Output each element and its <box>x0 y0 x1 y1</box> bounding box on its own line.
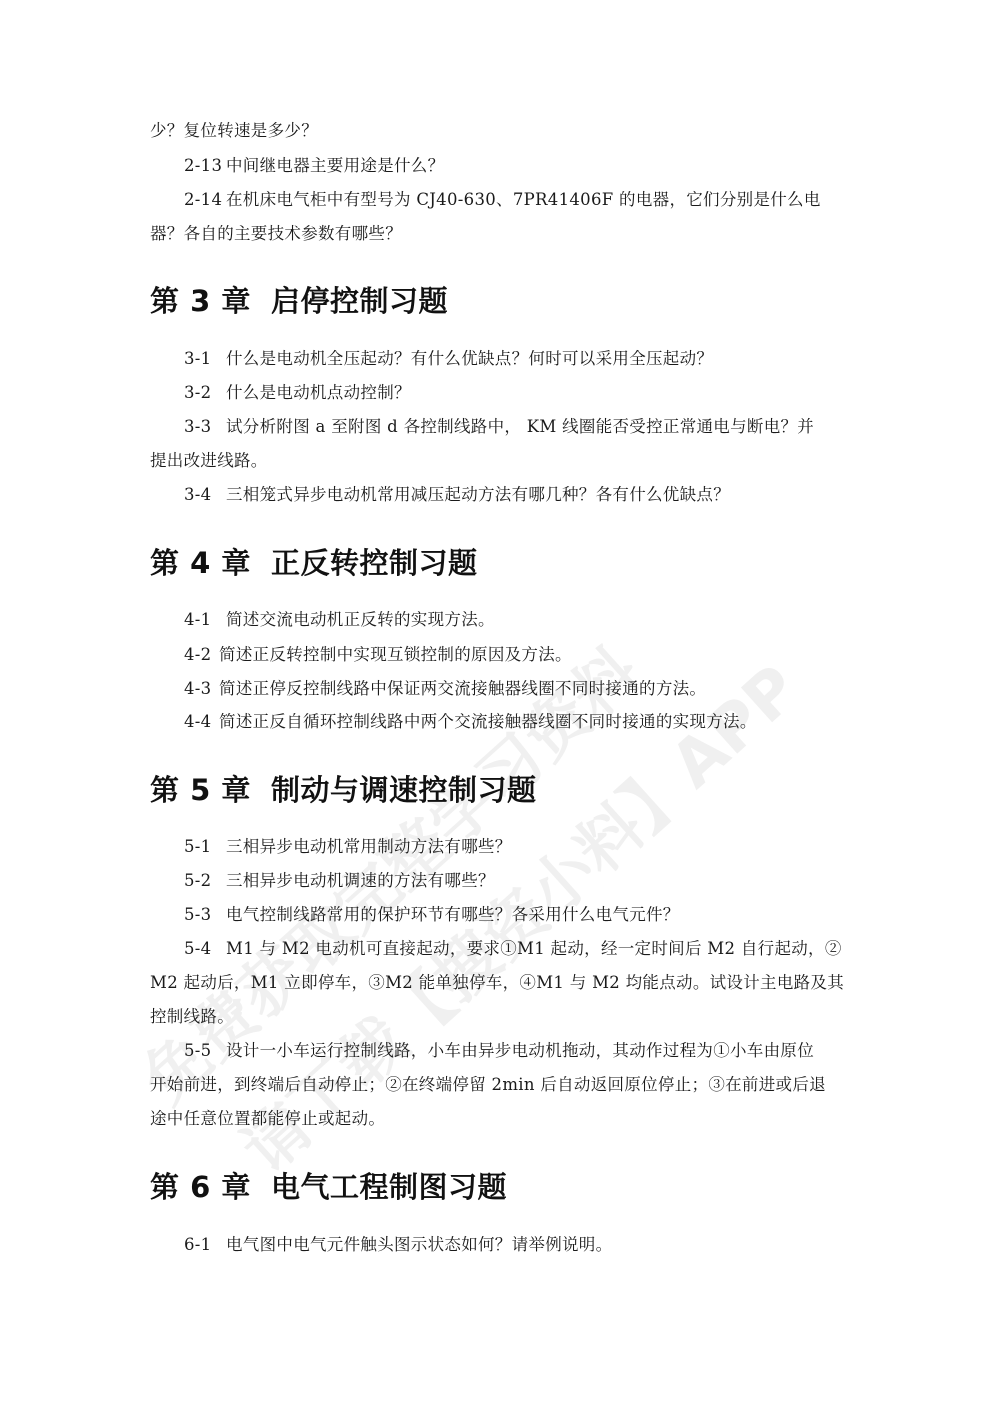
question-text: 试分析附图 a 至附图 d 各控制线路中， KM 线圈能否受控正常通电与断电？并 <box>226 417 814 436</box>
question-number: 4-2 <box>184 644 211 666</box>
question-text: 设计一小车运行控制线路，小车由异步电动机拖动，其动作过程为①小车由原位 <box>226 1041 814 1060</box>
question-text: 在机床电气柜中有型号为 CJ40-630、7PR41406F 的电器，它们分别是… <box>226 190 821 209</box>
question-text: 电气控制线路常用的保护环节有哪些？各采用什么电气元件？ <box>226 905 680 924</box>
question-4-3: 4-3 简述正停反控制线路中保证两交流接触器线圈不同时接通的方法。 <box>184 678 706 700</box>
question-number: 3-1 <box>184 348 226 370</box>
question-text: 什么是电动机全压起动？有什么优缺点？何时可以采用全压起动？ <box>226 349 713 368</box>
chapter-label: 第 3 章 <box>150 283 271 319</box>
question-number: 3-4 <box>184 484 226 506</box>
question-5-4-cont: M2 起动后，M1 立即停车，③M2 能单独停车，④M1 与 M2 均能点动。试… <box>150 972 844 994</box>
question-4-1: 4-1简述交流电动机正反转的实现方法。 <box>184 609 495 631</box>
question-5-5-cont2: 途中任意位置都能停止或起动。 <box>150 1108 385 1130</box>
continuation-text: 少？复位转速是多少？ <box>150 120 318 142</box>
chapter-label: 第 5 章 <box>150 772 271 808</box>
question-4-4: 4-4 简述正反自循环控制线路中两个交流接触器线圈不同时接通的实现方法。 <box>184 711 757 733</box>
question-text: 三相异步电动机调速的方法有哪些？ <box>226 871 495 890</box>
question-3-3-cont: 提出改进线路。 <box>150 450 268 472</box>
question-text: 简述交流电动机正反转的实现方法。 <box>226 610 495 629</box>
question-text: 三相笼式异步电动机常用减压起动方法有哪几种？各有什么优缺点？ <box>226 485 730 504</box>
question-2-14: 2-14在机床电气柜中有型号为 CJ40-630、7PR41406F 的电器，它… <box>184 189 821 211</box>
chapter-4-heading: 第 4 章正反转控制习题 <box>150 545 478 581</box>
chapter-title: 制动与调速控制习题 <box>271 773 537 807</box>
chapter-label: 第 4 章 <box>150 545 271 581</box>
chapter-6-heading: 第 6 章电气工程制图习题 <box>150 1169 507 1205</box>
question-number: 5-1 <box>184 836 226 858</box>
chapter-label: 第 6 章 <box>150 1169 271 1205</box>
question-number: 2-14 <box>184 189 226 211</box>
question-3-2: 3-2什么是电动机点动控制？ <box>184 382 411 404</box>
chapter-3-heading: 第 3 章启停控制习题 <box>150 283 448 319</box>
question-number: 4-1 <box>184 609 226 631</box>
question-number: 5-4 <box>184 938 226 960</box>
question-number: 4-3 <box>184 678 211 700</box>
question-5-3: 5-3电气控制线路常用的保护环节有哪些？各采用什么电气元件？ <box>184 904 680 926</box>
question-6-1: 6-1电气图中电气元件触头图示状态如何？请举例说明。 <box>184 1234 612 1256</box>
question-5-2: 5-2三相异步电动机调速的方法有哪些？ <box>184 870 495 892</box>
question-text: M1 与 M2 电动机可直接起动，要求①M1 起动，经一定时间后 M2 自行起动… <box>226 939 842 958</box>
question-text: 简述正反自循环控制线路中两个交流接触器线圈不同时接通的实现方法。 <box>219 712 757 731</box>
chapter-5-heading: 第 5 章制动与调速控制习题 <box>150 772 537 808</box>
question-text: 三相异步电动机常用制动方法有哪些？ <box>226 837 512 856</box>
question-2-14-cont: 器？各自的主要技术参数有哪些？ <box>150 223 402 245</box>
question-3-3: 3-3试分析附图 a 至附图 d 各控制线路中， KM 线圈能否受控正常通电与断… <box>184 416 814 438</box>
question-4-2: 4-2 简述正反转控制中实现互锁控制的原因及方法。 <box>184 644 572 666</box>
question-3-4: 3-4三相笼式异步电动机常用减压起动方法有哪几种？各有什么优缺点？ <box>184 484 730 506</box>
question-3-1: 3-1什么是电动机全压起动？有什么优缺点？何时可以采用全压起动？ <box>184 348 713 370</box>
question-text: 简述正停反控制线路中保证两交流接触器线圈不同时接通的方法。 <box>219 679 706 698</box>
question-text: 电气图中电气元件触头图示状态如何？请举例说明。 <box>226 1235 612 1254</box>
chapter-title: 电气工程制图习题 <box>271 1170 507 1204</box>
chapter-title: 正反转控制习题 <box>271 546 478 580</box>
question-number: 5-2 <box>184 870 226 892</box>
question-number: 4-4 <box>184 711 211 733</box>
question-5-5-cont: 开始前进，到终端后自动停止；②在终端停留 2min 后自动返回原位停止；③在前进… <box>150 1074 826 1096</box>
question-number: 6-1 <box>184 1234 226 1256</box>
question-text: 中间继电器主要用途是什么？ <box>226 156 444 175</box>
question-number: 3-2 <box>184 382 226 404</box>
question-text: 简述正反转控制中实现互锁控制的原因及方法。 <box>219 645 572 664</box>
question-5-5: 5-5设计一小车运行控制线路，小车由异步电动机拖动，其动作过程为①小车由原位 <box>184 1040 814 1062</box>
chapter-title: 启停控制习题 <box>271 284 448 318</box>
question-5-1: 5-1三相异步电动机常用制动方法有哪些？ <box>184 836 512 858</box>
question-number: 3-3 <box>184 416 226 438</box>
question-2-13: 2-13中间继电器主要用途是什么？ <box>184 155 444 177</box>
question-5-4: 5-4M1 与 M2 电动机可直接起动，要求①M1 起动，经一定时间后 M2 自… <box>184 938 842 960</box>
question-5-4-cont2: 控制线路。 <box>150 1006 234 1028</box>
question-number: 2-13 <box>184 155 226 177</box>
question-text: 什么是电动机点动控制？ <box>226 383 411 402</box>
question-number: 5-5 <box>184 1040 226 1062</box>
question-number: 5-3 <box>184 904 226 926</box>
